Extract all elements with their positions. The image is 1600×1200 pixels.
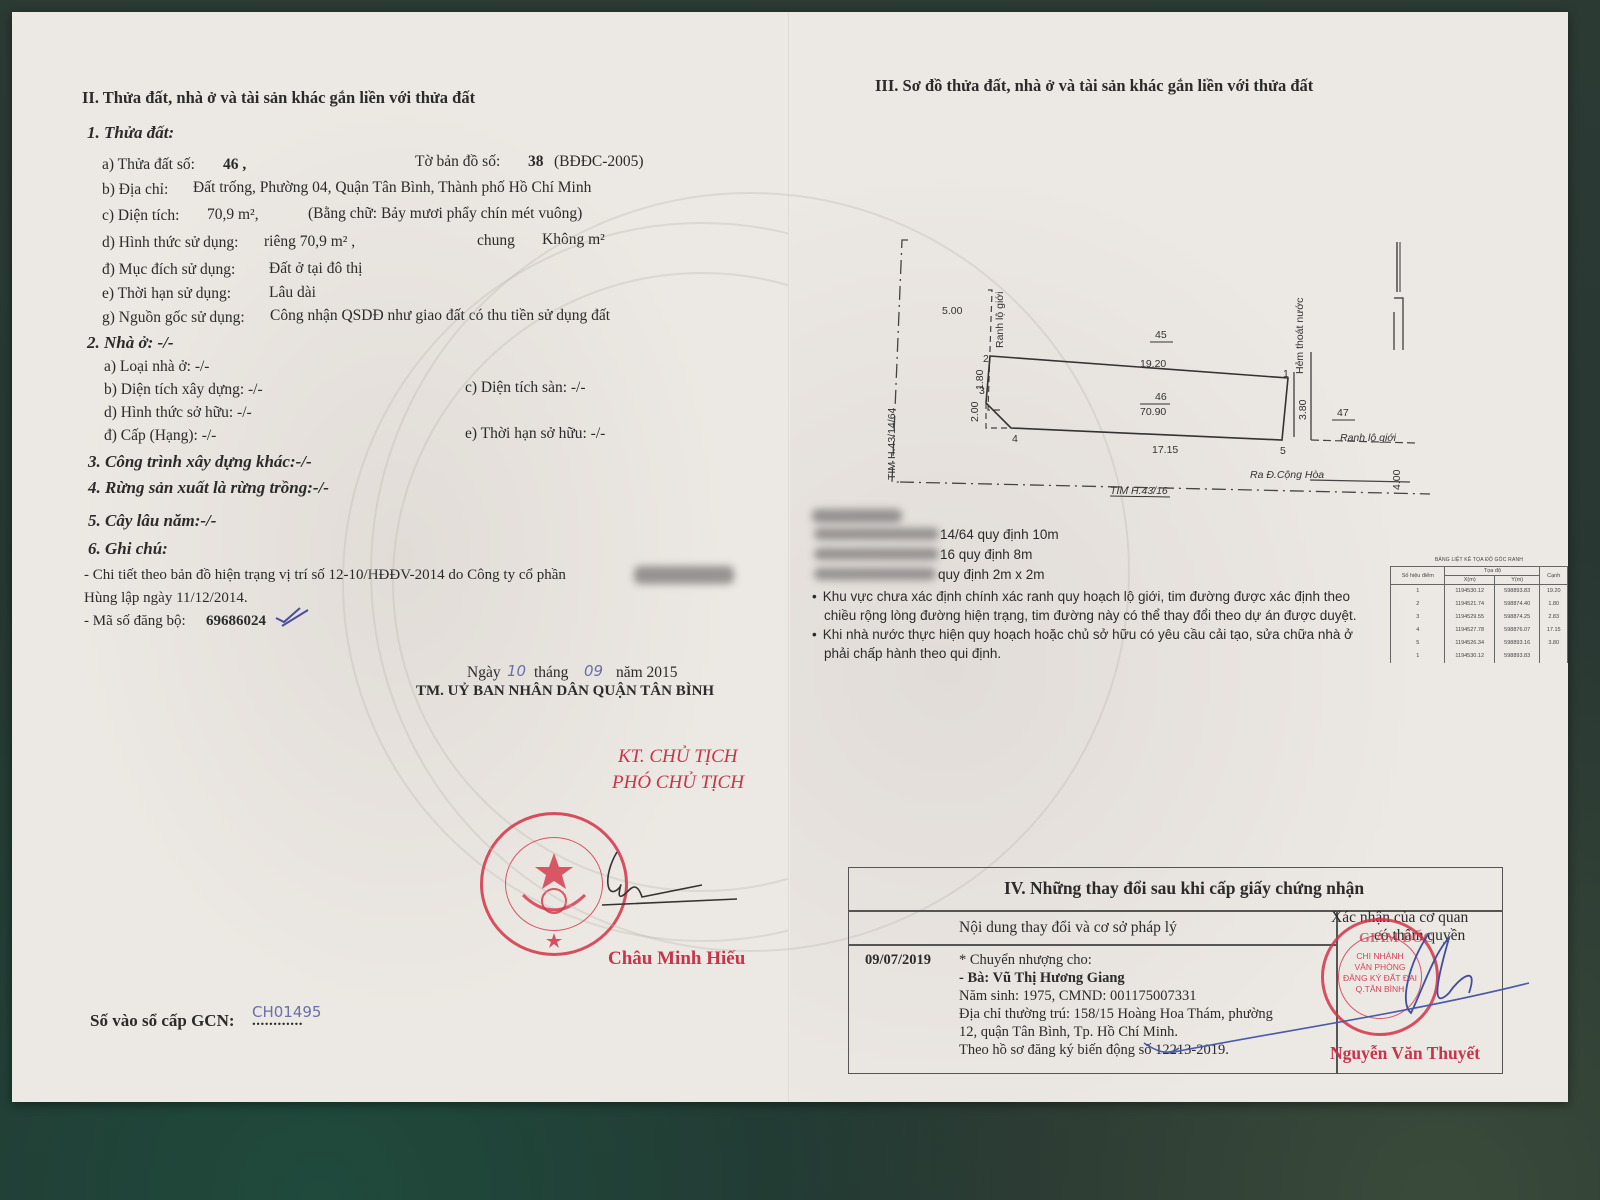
coordinate-cell-edge: 2.83: [1540, 611, 1568, 624]
map-sheet-label: Tờ bản đồ số:: [415, 154, 500, 170]
issue-date-year: năm 2015: [616, 665, 678, 681]
note-bullet-2a: Khi nhà nước thực hiện quy hoạch hoặc ch…: [812, 628, 1353, 642]
house-build-area: b) Diện tích xây dựng: -/-: [104, 382, 263, 398]
tax-code-label: - Mã số đăng bộ:: [84, 614, 186, 629]
redacted-note-2: [814, 548, 939, 560]
parcel-number: 46 ,: [223, 157, 246, 173]
label-bottom-road: TIM H.43/16: [1110, 485, 1168, 497]
perennial-trees: 5. Cây lâu năm:-/-: [88, 512, 216, 529]
coordinate-cell-edge: 1.80: [1540, 598, 1568, 611]
term-value: Lâu dài: [269, 285, 316, 301]
house-floor-area: c) Diện tích sàn: -/-: [465, 380, 586, 396]
coordinate-cell-edge: 19.20: [1540, 585, 1568, 599]
coordinate-cell-x: 1194521.74: [1445, 598, 1494, 611]
note-line-2: Hùng lập ngày 11/12/2014.: [84, 591, 248, 606]
redacted-note-heading: [812, 509, 902, 523]
note-road-1: 14/64 quy định 10m: [940, 528, 1059, 542]
coordinate-table: BẢNG LIỆT KÊ TỌA ĐỘ GÓC RANH Số hiệu điể…: [1390, 557, 1568, 663]
point-1: 1: [1283, 368, 1289, 380]
coordinate-cell-edge: 3.80: [1540, 637, 1568, 650]
address-value: Đất trống, Phường 04, Quận Tân Bình, Thà…: [193, 180, 591, 196]
house-grade: đ) Cấp (Hạng): -/-: [104, 428, 216, 444]
redacted-note-3: [814, 568, 936, 580]
note-bullet-1a: Khu vực chưa xác định chính xác ranh quy…: [812, 590, 1350, 604]
issue-date-prefix: Ngày: [467, 665, 501, 681]
coordinate-cell-y: 598893.83: [1494, 650, 1540, 663]
coordinate-row: 21194521.74598874.401.80: [1391, 598, 1568, 611]
change-line-1: * Chuyển nhượng cho:: [959, 953, 1092, 968]
coordinate-cell-x: 1194530.12: [1445, 650, 1494, 663]
coordinate-cell-x: 1194529.55: [1445, 611, 1494, 624]
map-sheet-number: 38: [528, 154, 544, 170]
left-page: II. Thửa đất, nhà ở và tài sản khác gắn …: [12, 12, 790, 1102]
label-neighbor-47: 47: [1337, 407, 1349, 419]
area-label: c) Diện tích:: [102, 208, 179, 224]
col-point: Số hiệu điểm: [1391, 567, 1445, 585]
label-parcel-area: 70.90: [1140, 406, 1166, 418]
signer-title-2: PHÓ CHỦ TỊCH: [612, 773, 744, 792]
label-left-width: 5.00: [942, 305, 963, 317]
col-edge: Cạnh: [1540, 567, 1568, 585]
point-5: 5: [1280, 445, 1286, 457]
label-edge-right: 3.80: [1297, 399, 1309, 420]
house-heading: 2. Nhà ở: -/-: [87, 334, 174, 351]
coordinate-row: 51194526.34598893.163.80: [1391, 637, 1568, 650]
label-bottom-width: 4.00: [1391, 469, 1403, 490]
gcn-dots: ............: [252, 1014, 303, 1029]
signer-name: Châu Minh Hiếu: [608, 949, 745, 968]
coordinate-cell-x: 1194527.78: [1445, 624, 1494, 637]
coordinate-row: 11194530.12598893.8319.20: [1391, 585, 1568, 599]
label-drain-alley: Hẻm thoát nước: [1294, 298, 1306, 374]
note-road-2: 16 quy định 8m: [940, 548, 1032, 562]
label-neighbor-45: 45: [1155, 329, 1167, 341]
coordinate-cell-x: 1194530.12: [1445, 585, 1494, 599]
issuing-authority: TM. UỶ BAN NHÂN DÂN QUẬN TÂN BÌNH: [416, 684, 714, 699]
coordinate-cell-edge: [1540, 650, 1568, 663]
coordinate-cell-y: 598874.40: [1494, 598, 1540, 611]
label-edge-bottom: 17.15: [1152, 444, 1178, 456]
forest: 4. Rừng sản xuất là rừng trồng:-/-: [88, 479, 329, 496]
checkmark-icon: [274, 602, 314, 632]
area-value: 70,9 m²,: [207, 207, 259, 223]
label-to-cong-hoa: Ra Đ.Cộng Hòa: [1250, 469, 1324, 481]
other-construction: 3. Công trình xây dựng khác:-/-: [88, 453, 312, 470]
signer-title-1: KT. CHỦ TỊCH: [618, 747, 737, 766]
coordinate-cell-y: 598893.16: [1494, 637, 1540, 650]
redacted-note-1: [814, 528, 939, 540]
use-common-label: chung: [477, 233, 515, 249]
point-2: 2: [983, 353, 989, 365]
origin-value: Công nhận QSDĐ như giao đất có thu tiền …: [270, 308, 610, 324]
section-3-title: III. Sơ đồ thửa đất, nhà ở và tài sản kh…: [875, 78, 1313, 95]
label-left-road: TIM H.43/14/64: [886, 407, 898, 480]
col-coords: Tọa độ: [1445, 567, 1540, 576]
signature-director: [1149, 923, 1529, 1063]
land-heading: 1. Thửa đất:: [87, 124, 174, 141]
house-type: a) Loại nhà ở: -/-: [104, 359, 209, 375]
map-sheet-suffix: (BĐĐC-2005): [554, 154, 644, 170]
plot-diagram: 5.00 Ranh lộ giới TIM H.43/14/64 2 1.80 …: [870, 232, 1430, 522]
purpose-value: Đất ở tại đô thị: [269, 261, 362, 277]
use-private-value: riêng 70,9 m² ,: [264, 234, 355, 250]
coordinate-cell-edge: 17.15: [1540, 624, 1568, 637]
origin-label: g) Nguồn gốc sử dụng:: [102, 310, 245, 326]
changes-title: IV. Những thay đổi sau khi cấp giấy chứn…: [1004, 880, 1364, 898]
col-y: Y(m): [1494, 576, 1540, 585]
parcel-label: a) Thửa đất số:: [102, 157, 195, 173]
note-road-3: quy định 2m x 2m: [938, 568, 1045, 582]
note-bullet-2b: phải chấp hành theo qui định.: [824, 647, 1001, 661]
issue-date-day: 10: [507, 664, 526, 679]
issue-date-month: 09: [584, 664, 603, 679]
house-ownership: d) Hình thức sở hữu: -/-: [104, 405, 252, 421]
point-3: 3: [979, 385, 985, 397]
tax-code-value: 69686024: [206, 614, 266, 629]
use-common-value: Không m²: [542, 232, 605, 248]
section-2-title: II. Thửa đất, nhà ở và tài sản khác gắn …: [82, 90, 475, 107]
issue-date-month-label: tháng: [534, 665, 568, 681]
point-4: 4: [1012, 433, 1018, 445]
redacted-company-name: [634, 566, 734, 584]
label-boundary-left: Ranh lộ giới: [994, 292, 1006, 349]
coordinate-cell-point: 3: [1391, 611, 1445, 624]
area-in-words: (Bằng chữ: Bảy mươi phẩy chín mét vuông): [308, 206, 582, 222]
col-x: X(m): [1445, 576, 1494, 585]
signature-chairman: [562, 847, 742, 917]
registration-signer-name: Nguyễn Văn Thuyết: [1330, 1045, 1480, 1063]
changes-col-content: Nội dung thay đổi và cơ sở pháp lý: [959, 920, 1177, 936]
change-date: 09/07/2019: [865, 953, 931, 968]
land-certificate-sheet: II. Thửa đất, nhà ở và tài sản khác gắn …: [12, 12, 1568, 1102]
coordinate-cell-point: 4: [1391, 624, 1445, 637]
coordinate-cell-y: 598893.83: [1494, 585, 1540, 599]
gcn-entry-label: Số vào sổ cấp GCN:: [90, 1012, 235, 1029]
note-bullet-1b: chiều rộng lòng đường hiện trạng, tim đư…: [824, 609, 1357, 623]
coordinate-cell-point: 5: [1391, 637, 1445, 650]
right-page: III. Sơ đồ thửa đất, nhà ở và tài sản kh…: [790, 12, 1568, 1102]
note-line-1: - Chi tiết theo bản đồ hiện trạng vị trí…: [84, 568, 566, 583]
label-edge-top: 19.20: [1140, 358, 1166, 370]
coordinate-row: 41194527.78598876.0717.15: [1391, 624, 1568, 637]
coordinate-row: 31194529.55598874.252.83: [1391, 611, 1568, 624]
use-form-label: d) Hình thức sử dụng:: [102, 235, 239, 251]
coordinate-cell-point: 1: [1391, 650, 1445, 663]
label-parcel-no: 46: [1155, 391, 1167, 403]
coordinate-cell-point: 1: [1391, 585, 1445, 599]
coordinate-cell-point: 2: [1391, 598, 1445, 611]
address-label: b) Địa chỉ:: [102, 182, 168, 198]
purpose-label: đ) Mục đích sử dụng:: [102, 262, 235, 278]
changes-section: IV. Những thay đổi sau khi cấp giấy chứn…: [848, 867, 1503, 1074]
change-line-5: 12, quận Tân Bình, Tp. Hồ Chí Minh.: [959, 1025, 1178, 1040]
change-line-2: - Bà: Vũ Thị Hương Giang: [959, 971, 1125, 986]
coordinate-row: 11194530.12598893.83: [1391, 650, 1568, 663]
coordinate-cell-x: 1194526.34: [1445, 637, 1494, 650]
coordinate-cell-y: 598876.07: [1494, 624, 1540, 637]
label-edge-left-lower: 2.00: [969, 401, 981, 422]
house-ownership-term: e) Thời hạn sở hữu: -/-: [465, 426, 605, 442]
notes-heading: 6. Ghi chú:: [88, 540, 168, 557]
term-label: e) Thời hạn sử dụng:: [102, 286, 231, 302]
coordinate-cell-y: 598874.25: [1494, 611, 1540, 624]
label-boundary-right: Ranh lộ giới: [1340, 432, 1397, 444]
coordinate-table-title: BẢNG LIỆT KÊ TỌA ĐỘ GÓC RANH: [1390, 557, 1568, 563]
